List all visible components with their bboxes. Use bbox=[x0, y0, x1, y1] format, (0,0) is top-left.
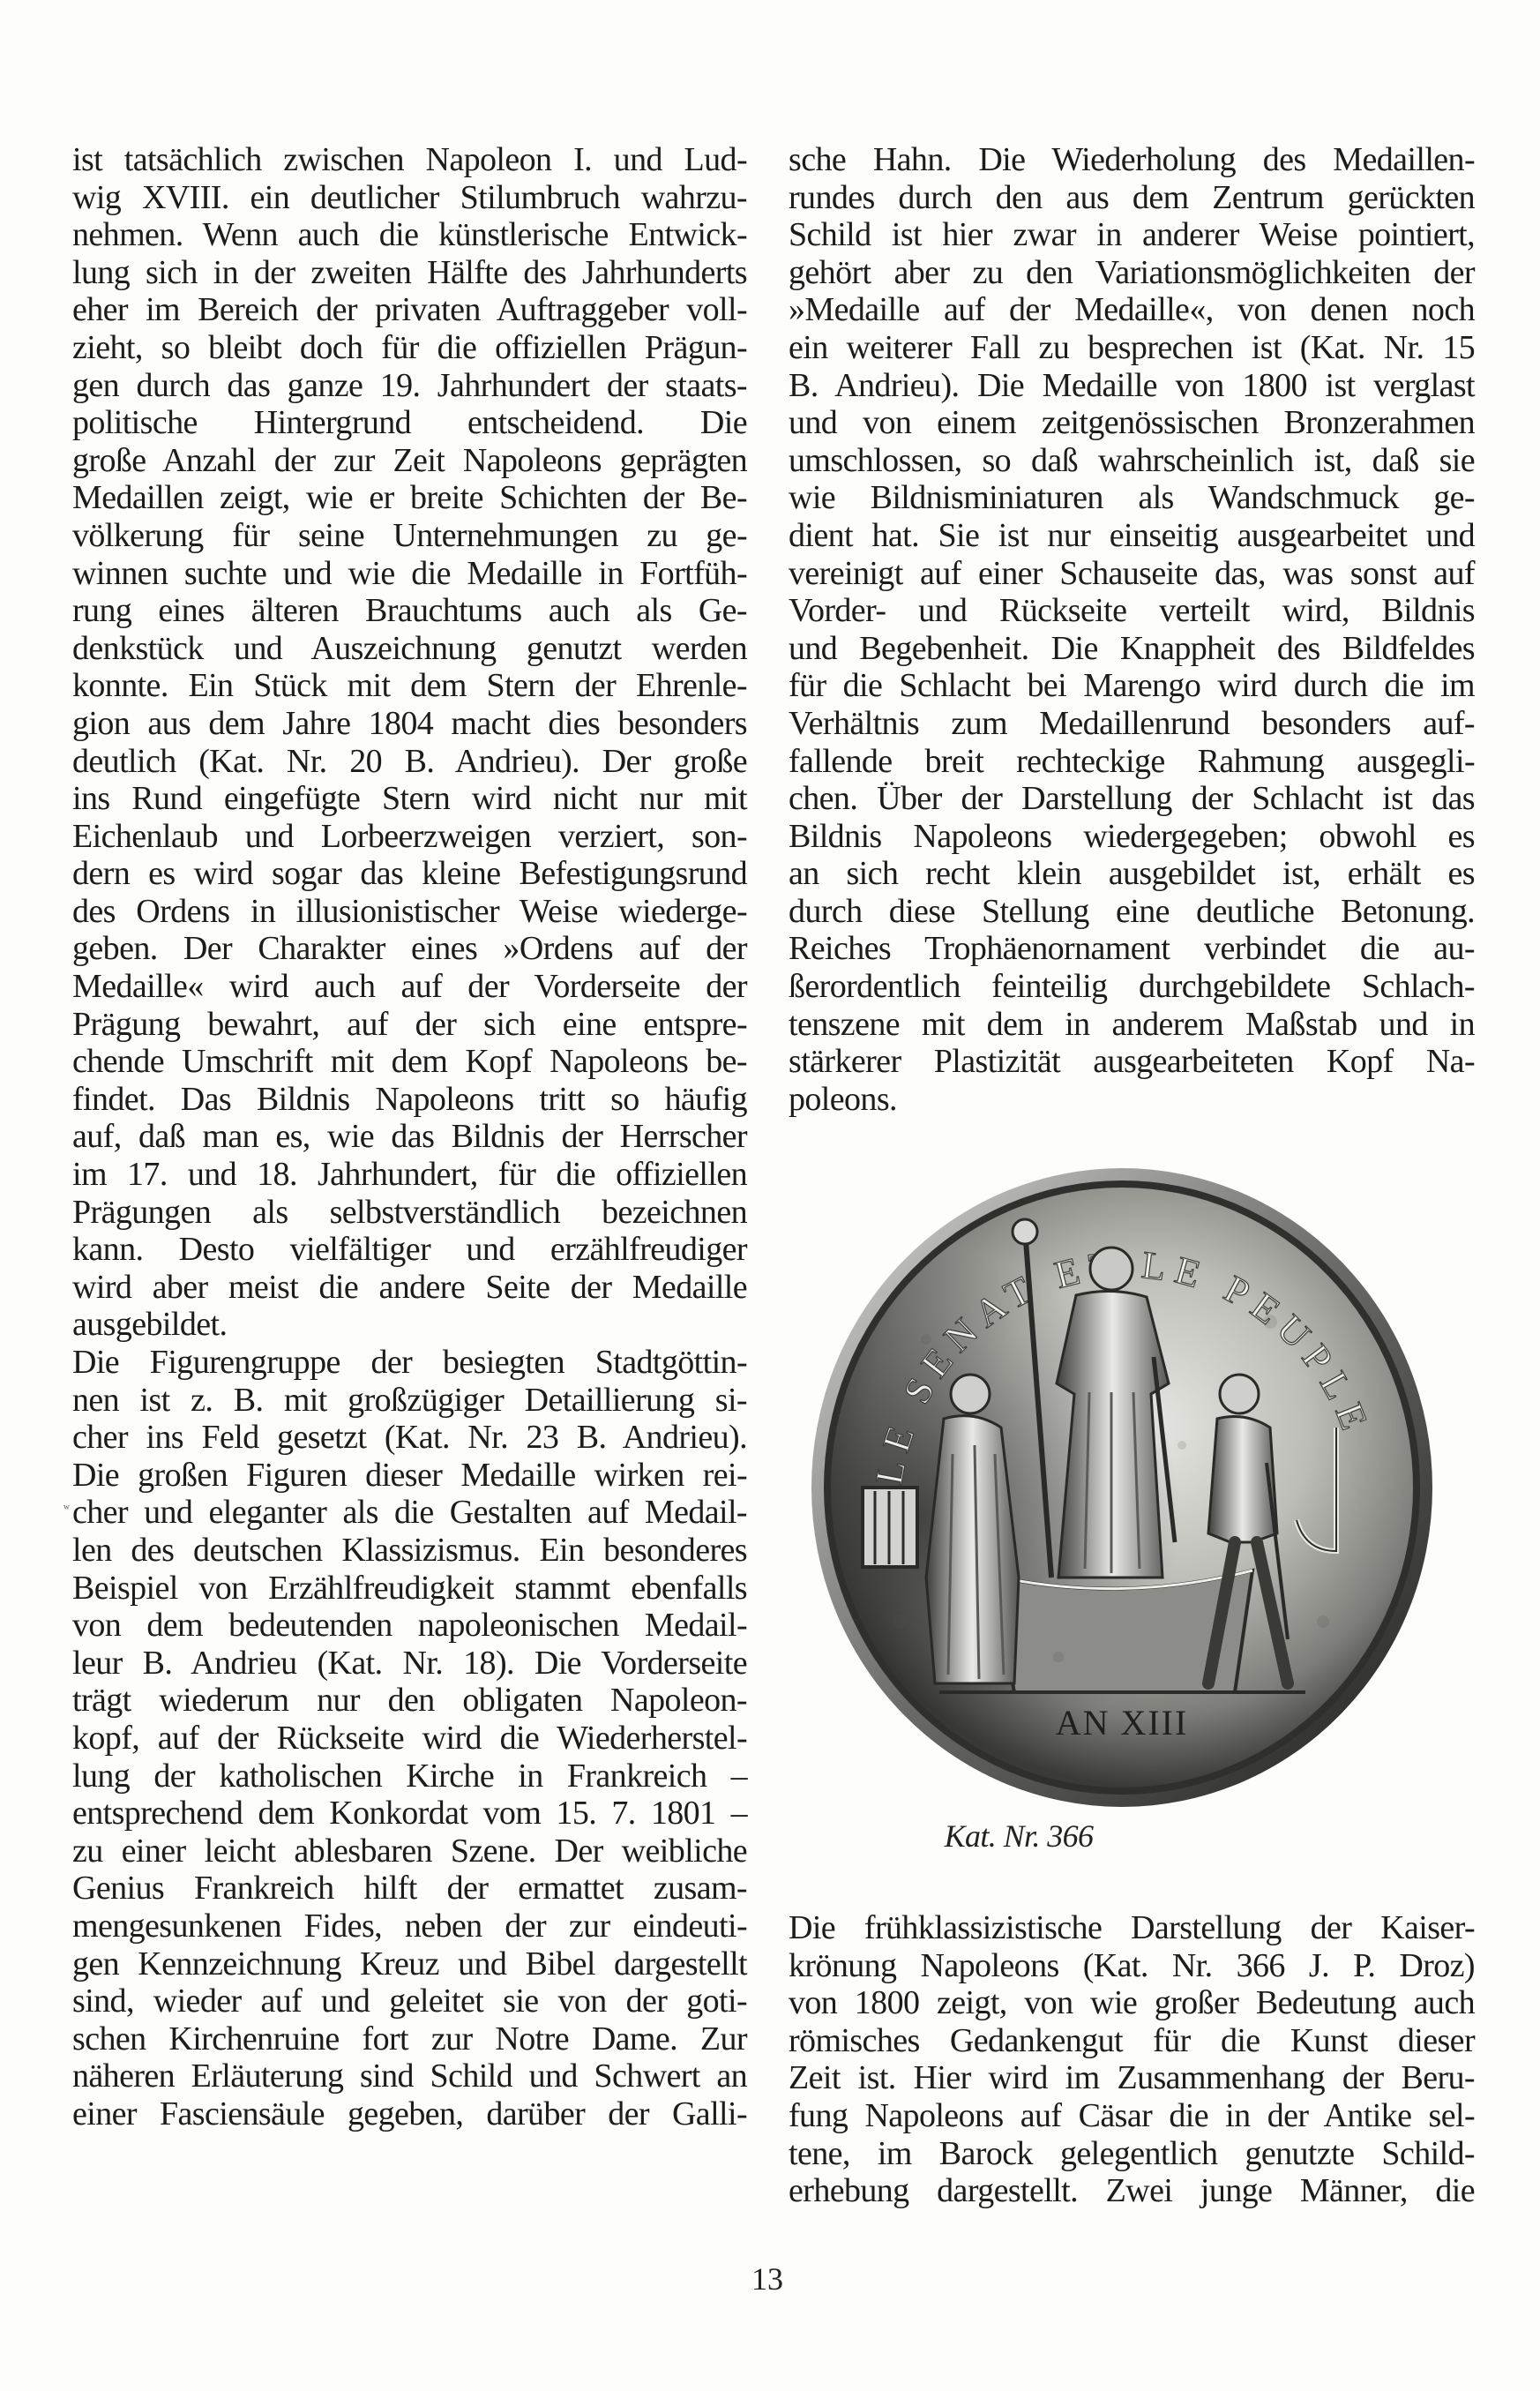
text-line: Die großen Figuren dieser Medaille wirke… bbox=[72, 1457, 747, 1495]
text-line: deutlich (Kat. Nr. 20 B. Andrieu). Der g… bbox=[72, 743, 747, 781]
text-line: krönung Napoleons (Kat. Nr. 366 J. P. Dr… bbox=[789, 1947, 1475, 1985]
text-line: trägt wiederum nur den obligaten Napoleo… bbox=[72, 1682, 747, 1720]
text-line: zu einer leicht ablesbaren Szene. Der we… bbox=[72, 1833, 747, 1870]
text-line: dern es wird sogar das kleine Befestigun… bbox=[72, 855, 747, 893]
figure-caption: Kat. Nr. 366 bbox=[908, 1818, 1129, 1855]
text-line: erhebung dargestellt. Zwei junge Männer,… bbox=[789, 2172, 1475, 2210]
text-line: ausgebildet. bbox=[72, 1306, 747, 1344]
page-number: 13 bbox=[732, 2260, 803, 2297]
text-line: gen durch das ganze 19. Jahrhundert der … bbox=[72, 367, 747, 405]
text-line: Verhältnis zum Medaillenrund besonders a… bbox=[789, 705, 1475, 743]
text-line: auf, daß man es, wie das Bildnis der Her… bbox=[72, 1118, 747, 1156]
text-line: leur B. Andrieu (Kat. Nr. 18). Die Vorde… bbox=[72, 1645, 747, 1683]
text-line: dient hat. Sie ist nur einseitig ausgear… bbox=[789, 517, 1475, 555]
text-line: kopf, auf der Rückseite wird die Wiederh… bbox=[72, 1720, 747, 1758]
text-line: poleons. bbox=[789, 1081, 1475, 1119]
text-line: wie Bildnisminiaturen als Wandschmuck ge… bbox=[789, 479, 1475, 517]
text-line: Medaillen zeigt, wie er breite Schichten… bbox=[72, 479, 747, 517]
text-line: ist tatsächlich zwischen Napoleon I. und… bbox=[72, 141, 747, 179]
text-line: sind, wieder auf und geleitet sie von de… bbox=[72, 1983, 747, 2020]
text-line: chende Umschrift mit dem Kopf Napoleons … bbox=[72, 1043, 747, 1081]
right-text-column-top: sche Hahn. Die Wiederholung des Medaille… bbox=[789, 141, 1475, 1118]
text-line: cher und eleganter als die Gestalten auf… bbox=[72, 1494, 747, 1532]
text-line: kann. Desto vielfältiger und erzählfreud… bbox=[72, 1231, 747, 1269]
text-line: politische Hintergrund entscheidend. Die bbox=[72, 404, 747, 442]
text-line: Prägungen als selbstverständlich bezeich… bbox=[72, 1194, 747, 1232]
text-line: Bildnis Napoleons wiedergegeben; obwohl … bbox=[789, 818, 1475, 856]
text-line: lung der katholischen Kirche in Frankrei… bbox=[72, 1758, 747, 1795]
text-line: näheren Erläuterung sind Schild und Schw… bbox=[72, 2057, 747, 2095]
text-line: Vorder- und Rückseite verteilt wird, Bil… bbox=[789, 592, 1475, 630]
scan-artifact: ʷ bbox=[64, 1502, 70, 1518]
text-line: für die Schlacht bei Marengo wird durch … bbox=[789, 667, 1475, 705]
text-line: ßerordentlich feinteilig durchgebildete … bbox=[789, 968, 1475, 1006]
text-line: durch diese Stellung eine deutliche Beto… bbox=[789, 893, 1475, 931]
text-line: zieht, so bleibt doch für die offizielle… bbox=[72, 329, 747, 367]
text-line: völkerung für seine Unternehmungen zu ge… bbox=[72, 517, 747, 555]
text-line: fung Napoleons auf Cäsar die in der Anti… bbox=[789, 2097, 1475, 2135]
text-line: gehört aber zu den Variationsmöglichkeit… bbox=[789, 254, 1475, 292]
text-line: des Ordens in illusionistischer Weise wi… bbox=[72, 893, 747, 931]
text-line: Schild ist hier zwar in anderer Weise po… bbox=[789, 216, 1475, 254]
text-line: im 17. und 18. Jahrhundert, für die offi… bbox=[72, 1156, 747, 1194]
text-line: Beispiel von Erzählfreudigkeit stammt eb… bbox=[72, 1570, 747, 1608]
text-line: entsprechend dem Konkordat vom 15. 7. 18… bbox=[72, 1795, 747, 1833]
text-line: nehmen. Wenn auch die künstlerische Entw… bbox=[72, 216, 747, 254]
text-line: große Anzahl der zur Zeit Napoleons gepr… bbox=[72, 442, 747, 480]
text-line: fallende breit rechteckige Rahmung ausge… bbox=[789, 743, 1475, 781]
text-line: stärkerer Plastizität ausgearbeiteten Ko… bbox=[789, 1043, 1475, 1081]
text-line: von dem bedeutenden napoleonischen Medai… bbox=[72, 1607, 747, 1645]
text-line: Zeit ist. Hier wird im Zusammenhang der … bbox=[789, 2059, 1475, 2097]
text-line: winnen suchte und wie die Medaille in Fo… bbox=[72, 555, 747, 593]
left-text-column: ist tatsächlich zwischen Napoleon I. und… bbox=[72, 141, 747, 2132]
book-page: ist tatsächlich zwischen Napoleon I. und… bbox=[0, 0, 1540, 2391]
text-line: rundes durch den aus dem Zentrum gerückt… bbox=[789, 179, 1475, 217]
text-line: gion aus dem Jahre 1804 macht dies beson… bbox=[72, 705, 747, 743]
text-line: sche Hahn. Die Wiederholung des Medaille… bbox=[789, 141, 1475, 179]
right-text-column-bottom: Die frühklassizistische Darstellung der … bbox=[789, 1909, 1475, 2210]
text-line: cher ins Feld gesetzt (Kat. Nr. 23 B. An… bbox=[72, 1419, 747, 1457]
text-line: wig XVIII. ein deutlicher Stilumbruch wa… bbox=[72, 179, 747, 217]
text-line: »Medaille auf der Medaille«, von denen n… bbox=[789, 291, 1475, 329]
text-line: Prägung bewahrt, auf der sich eine entsp… bbox=[72, 1006, 747, 1044]
text-line: denkstück und Auszeichnung genutzt werde… bbox=[72, 630, 747, 668]
text-line: vereinigt auf einer Schauseite das, was … bbox=[789, 555, 1475, 593]
text-line: wird aber meist die andere Seite der Med… bbox=[72, 1269, 747, 1307]
text-line: geben. Der Charakter eines »Ordens auf d… bbox=[72, 930, 747, 968]
text-line: Genius Frankreich hilft der ermattet zus… bbox=[72, 1870, 747, 1908]
text-line: tene, im Barock gelegentlich genutzte Sc… bbox=[789, 2135, 1475, 2173]
text-line: nen ist z. B. mit großzügiger Detaillier… bbox=[72, 1382, 747, 1420]
text-line: rung eines älteren Brauchtums auch als G… bbox=[72, 592, 747, 630]
text-line: und Begebenheit. Die Knappheit des Bildf… bbox=[789, 630, 1475, 668]
text-line: römisches Gedankengut für die Kunst dies… bbox=[789, 2022, 1475, 2060]
medal-figure: LE SENAT ET LE PEUPLE AN XIII bbox=[794, 1163, 1447, 1807]
text-line: von 1800 zeigt, von wie großer Bedeutung… bbox=[789, 1984, 1475, 2022]
text-line: ins Rund eingefügte Stern wird nicht nur… bbox=[72, 780, 747, 818]
svg-text:AN XIII: AN XIII bbox=[1056, 1703, 1189, 1743]
text-line: Eichenlaub und Lorbeerzweigen verziert, … bbox=[72, 818, 747, 856]
text-line: Die frühklassizistische Darstellung der … bbox=[789, 1909, 1475, 1947]
text-line: findet. Das Bildnis Napoleons tritt so h… bbox=[72, 1081, 747, 1119]
text-line: Medaille« wird auch auf der Vorderseite … bbox=[72, 968, 747, 1006]
text-line: len des deutschen Klassizismus. Ein beso… bbox=[72, 1532, 747, 1570]
text-line: gen Kennzeichnung Kreuz und Bibel darges… bbox=[72, 1945, 747, 1983]
text-line: tenszene mit dem in anderem Maßstab und … bbox=[789, 1006, 1475, 1044]
text-line: eher im Bereich der privaten Auftraggebe… bbox=[72, 291, 747, 329]
text-line: chen. Über der Darstellung der Schlacht … bbox=[789, 780, 1475, 818]
text-line: B. Andrieu). Die Medaille von 1800 ist v… bbox=[789, 367, 1475, 405]
text-line: konnte. Ein Stück mit dem Stern der Ehre… bbox=[72, 667, 747, 705]
text-line: schen Kirchenruine fort zur Notre Dame. … bbox=[72, 2020, 747, 2058]
text-line: Die Figurengruppe der besiegten Stadtgöt… bbox=[72, 1344, 747, 1382]
text-line: mengesunkenen Fides, neben der zur einde… bbox=[72, 1908, 747, 1945]
medal-photo-icon: LE SENAT ET LE PEUPLE AN XIII bbox=[794, 1163, 1447, 1807]
text-line: ein weiterer Fall zu besprechen ist (Kat… bbox=[789, 329, 1475, 367]
text-line: Reiches Trophäenornament verbindet die a… bbox=[789, 930, 1475, 968]
text-line: an sich recht klein ausgebildet ist, erh… bbox=[789, 855, 1475, 893]
text-line: und von einem zeitgenössischen Bronzerah… bbox=[789, 404, 1475, 442]
text-line: lung sich in der zweiten Hälfte des Jahr… bbox=[72, 254, 747, 292]
text-line: einer Fasciensäule gegeben, darüber der … bbox=[72, 2095, 747, 2133]
text-line: umschlossen, so daß wahrscheinlich ist, … bbox=[789, 442, 1475, 480]
